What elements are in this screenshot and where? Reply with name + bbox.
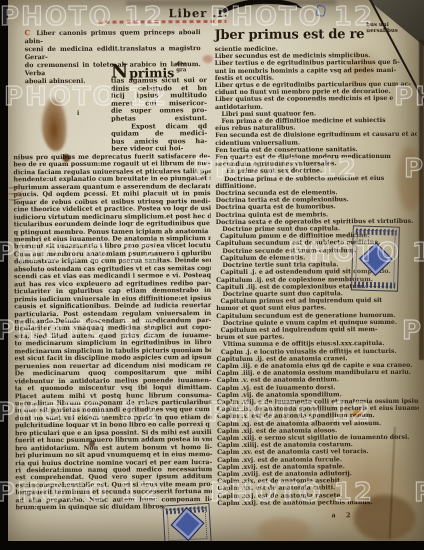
text-line: Caplm .xxij. est de anatomia pectinis ma… bbox=[217, 499, 419, 507]
quire-signature: a 2 bbox=[331, 512, 354, 519]
text-line: sceni de medicina edidit.translatus a ma… bbox=[25, 44, 201, 61]
blue-ink-mark bbox=[315, 5, 326, 18]
ink-stain bbox=[41, 97, 67, 151]
page-edge-shadow bbox=[419, 40, 424, 360]
stamp-text-band bbox=[356, 228, 397, 235]
book-page: Liber .I. C Liber canonis primus quem pr… bbox=[8, 0, 424, 541]
page-content: Liber .I. C Liber canonis primus quem pr… bbox=[8, 0, 424, 541]
heading-main: Jber primus est de re bbox=[215, 27, 365, 43]
cropped-ink-swash bbox=[218, 0, 308, 14]
stamp-diamond bbox=[358, 242, 392, 276]
superscript-bottom: gra bbox=[176, 68, 187, 74]
library-stamp bbox=[162, 503, 211, 541]
initial-guide-letter: i bbox=[77, 111, 79, 117]
text-line: unt in membris hominis a capite vsq ad p… bbox=[215, 66, 417, 74]
library-stamp bbox=[351, 225, 400, 291]
heading-sup-bottom: uersalibus bbox=[366, 28, 398, 34]
left-column-body: nibus pro quibus me deprecatus fuerit sa… bbox=[13, 153, 212, 512]
stain bbox=[258, 517, 310, 541]
handwritten-marginalia bbox=[8, 182, 23, 202]
text-line: Liber quintus est de coponendis medicini… bbox=[215, 95, 417, 103]
opening-paragraph: Nprimisdeogra tias agamus sicut sui ordi… bbox=[111, 62, 208, 154]
text-line: Liber canonis primus quem princeps aboal… bbox=[25, 28, 201, 45]
cropped-rubric-line bbox=[98, 20, 226, 24]
superscript-stack: deogra bbox=[176, 62, 187, 73]
photo-frame: Liber .I. C Liber canonis primus quem pr… bbox=[0, 0, 424, 550]
opening-lines: tias agamus sicut sui ordinis celsitudo … bbox=[111, 77, 207, 154]
text-line: Fen secunda est de diuisione egritudinum… bbox=[215, 131, 417, 139]
stamp-text-band bbox=[354, 281, 395, 288]
